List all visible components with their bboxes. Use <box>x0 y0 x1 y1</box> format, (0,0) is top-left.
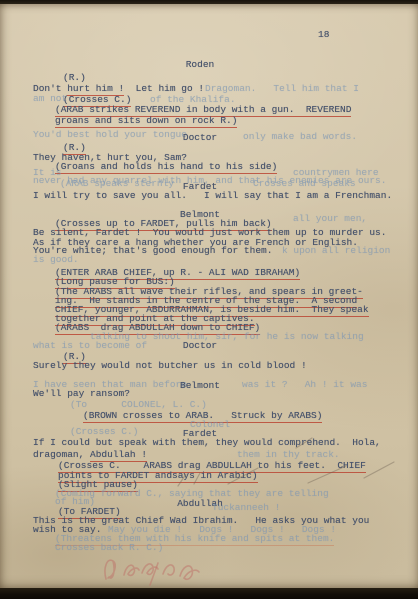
ghost-text: k upon all religion <box>282 246 390 256</box>
dialogue-line: We'll pay ransom? <box>33 389 130 399</box>
ghost-text: Tuckanneeh ! <box>212 503 280 513</box>
ghost-text: Dragoman. Tell him that I <box>205 84 359 94</box>
dialogue-line: Surely they would not butcher us in cold… <box>33 361 307 371</box>
photo-edge-bottom <box>0 588 418 599</box>
stage-direction: (Groans and holds his hand to his side) <box>55 162 277 172</box>
manuscript-page: 18Roden(R.)Don't hurt him ! Let him go !… <box>0 4 418 589</box>
speaker-name: Doctor <box>0 133 400 143</box>
speaker-name: Roden <box>0 60 400 70</box>
stage-direction: (ARAB strikes REVEREND in body with a gu… <box>55 105 351 115</box>
dialogue-line: dragoman, Abdullah ! <box>33 450 147 460</box>
speaker-name: Doctor <box>0 341 400 351</box>
ghost-text: Crosses back R. C.) <box>55 543 163 553</box>
ghost-text: them in thy track. <box>237 450 340 460</box>
photographed-manuscript: 18Roden(R.)Don't hurt him ! Let him go !… <box>0 0 418 599</box>
dialogue-line: I will try to save you all. I will say t… <box>33 191 392 201</box>
stage-direction: (R.) <box>63 73 86 83</box>
photo-edge-top <box>0 0 418 4</box>
dialogue-line: If I could but speak with them, they wou… <box>33 438 381 448</box>
ghost-text: is good. <box>33 255 79 265</box>
page-number: 18 <box>318 30 329 40</box>
ghost-text: (To COLONEL, L. C.) <box>70 400 207 410</box>
stage-direction: groans and sits down on rock R.) <box>55 116 237 126</box>
